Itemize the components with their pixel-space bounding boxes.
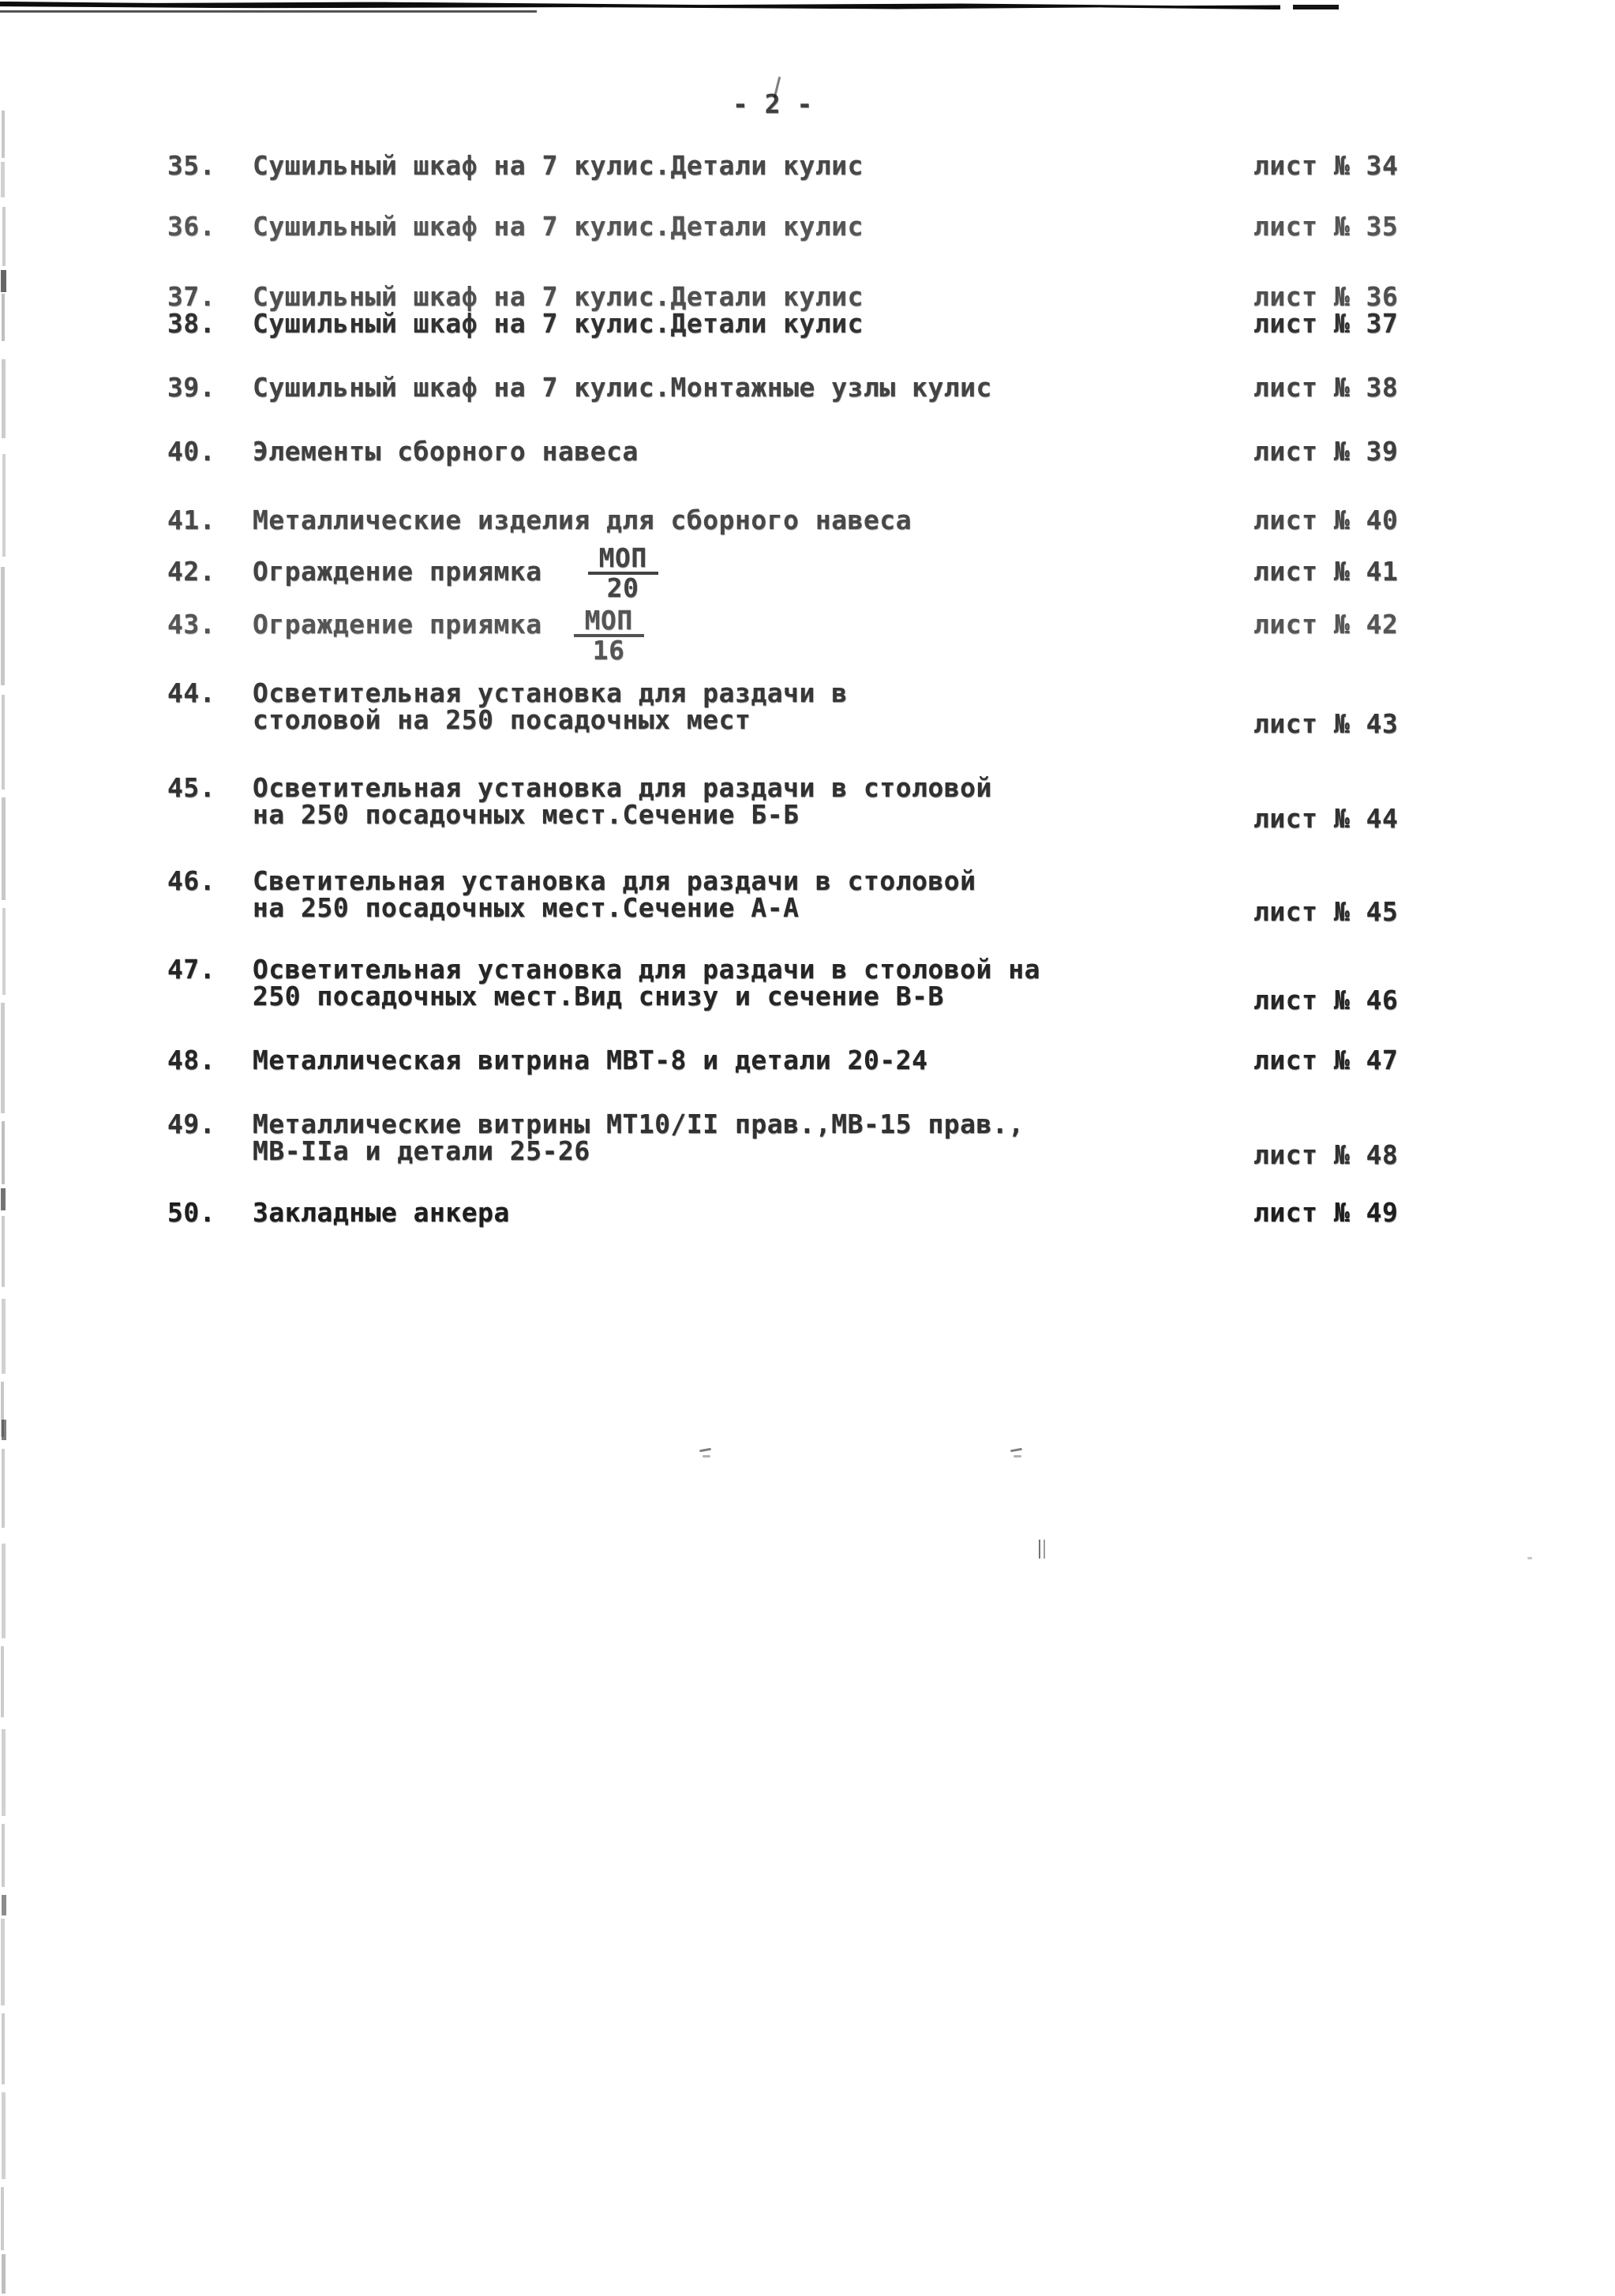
item-number: 48. [167, 1047, 215, 1074]
item-title: Элементы сборного навеса [253, 438, 1160, 465]
item-title-text: Ограждение приямка [253, 609, 542, 640]
item-title: Сушильный шкаф на 7 кулис.Детали кулис [253, 213, 1160, 240]
page-number: - 2 - [733, 88, 813, 119]
scan-speck [703, 1455, 710, 1458]
sheet-ref: лист № 45 [1253, 899, 1398, 925]
scan-artifact-edge-mark [2, 454, 6, 557]
item-title: Осветительная установка для раздачи в ст… [253, 775, 1160, 828]
scan-artifact-top-dash [1293, 5, 1339, 9]
item-title-line: на 250 посадочных мест.Сечение А-А [253, 895, 1160, 921]
sheet-ref: лист № 38 [1253, 374, 1398, 401]
item-title-line: Закладные анкера [253, 1199, 1160, 1226]
scan-speck [1527, 1557, 1532, 1559]
fraction-denominator: 20 [588, 575, 658, 601]
item-title-line: Металлическая витрина МВТ-8 и детали 20-… [253, 1047, 1160, 1074]
sheet-ref: лист № 44 [1253, 805, 1398, 832]
scan-artifact-edge-mark [2, 1299, 6, 1374]
item-number: 47. [167, 956, 215, 983]
item-title-line: Сушильный шкаф на 7 кулис.Монтажные узлы… [253, 374, 1160, 401]
sheet-ref: лист № 39 [1253, 438, 1398, 465]
fraction-numerator: МОП [574, 608, 644, 637]
scan-artifact-edge-mark [2, 1216, 5, 1287]
scan-artifact-top-line [0, 2, 1280, 9]
item-number: 39. [167, 374, 215, 401]
item-title: Сушильный шкаф на 7 кулис.Детали кулис [253, 283, 1160, 310]
sheet-ref: лист № 40 [1253, 507, 1398, 534]
sheet-ref: лист № 48 [1253, 1142, 1398, 1169]
scan-artifact-edge-mark [1, 1919, 5, 2005]
scan-artifact-edge-mark [2, 797, 6, 900]
scan-speck [1010, 1448, 1022, 1453]
scan-artifact-edge-mark [2, 1449, 5, 1528]
scan-artifact-edge-mark [2, 1895, 6, 1915]
item-title-line: 250 посадочных мест.Вид снизу и сечение … [253, 983, 1160, 1010]
scan-speck [1039, 1540, 1040, 1559]
item-title: Металлические витрины МТ10/II прав.,МВ-1… [253, 1111, 1160, 1165]
item-title: Светительная установка для раздачи в сто… [253, 868, 1160, 921]
item-title-line: Осветительная установка для раздачи в ст… [253, 775, 1160, 801]
sheet-ref: лист № 49 [1253, 1199, 1398, 1226]
scan-artifact-top-line-2 [0, 10, 537, 13]
sheet-ref: лист № 43 [1253, 711, 1398, 737]
scan-artifact-edge-mark [2, 294, 5, 341]
item-number: 38. [167, 310, 215, 337]
item-title-line: МВ-IIа и детали 25-26 [253, 1138, 1160, 1165]
fraction: МОП16 [574, 608, 644, 663]
item-title: Ограждение приямкаМОП16 [253, 611, 1160, 638]
item-title-line: Сушильный шкаф на 7 кулис.Детали кулис [253, 213, 1160, 240]
sheet-ref: лист № 37 [1253, 310, 1398, 337]
item-title-line: Ограждение приямкаМОП16 [253, 611, 1160, 638]
item-number: 35. [167, 152, 215, 179]
item-number: 41. [167, 507, 215, 534]
scan-artifact-edge-mark [2, 2092, 6, 2179]
scan-artifact-edge-mark [1, 567, 5, 685]
item-number: 44. [167, 680, 215, 707]
item-number: 46. [167, 868, 215, 895]
scan-artifact-edge-mark [2, 908, 6, 995]
scan-artifact-edge-mark [1, 2187, 4, 2250]
item-title-line: Металлические витрины МТ10/II прав.,МВ-1… [253, 1111, 1160, 1138]
item-number: 45. [167, 775, 215, 801]
item-title: Сушильный шкаф на 7 кулис.Детали кулис [253, 152, 1160, 179]
item-title: Сушильный шкаф на 7 кулис.Монтажные узлы… [253, 374, 1160, 401]
scan-artifact-edge-mark [2, 1420, 6, 1440]
sheet-ref: лист № 41 [1253, 558, 1398, 585]
item-number: 40. [167, 438, 215, 465]
item-title-line: столовой на 250 посадочных мест [253, 707, 1160, 733]
item-title-line: Осветительная установка для раздачи в ст… [253, 956, 1160, 983]
item-title-line: Сушильный шкаф на 7 кулис.Детали кулис [253, 310, 1160, 337]
item-title-line: Сушильный шкаф на 7 кулис.Детали кулис [253, 152, 1160, 179]
scan-artifact-edge-mark [2, 1824, 5, 1887]
scan-speck [1014, 1455, 1021, 1458]
item-title: Металлические изделия для сборного навес… [253, 507, 1160, 534]
fraction-numerator: МОП [588, 546, 658, 575]
scan-artifact-edge-mark [2, 1121, 5, 1184]
item-title-line: Светительная установка для раздачи в сто… [253, 868, 1160, 895]
scan-artifact-edge-mark [1, 1003, 5, 1113]
item-title-line: на 250 посадочных мест.Сечение Б-Б [253, 801, 1160, 828]
scan-artifact-edge-mark [2, 207, 6, 266]
scan-artifact-edge-mark [1, 270, 6, 292]
scan-artifact-edge-mark [2, 1729, 6, 1816]
scan-artifact-edge-mark [2, 2013, 5, 2084]
item-title: Осветительная установка для раздачи в ст… [253, 680, 1160, 733]
scan-speck [1044, 1540, 1045, 1559]
scan-artifact-edge-mark [2, 2254, 6, 2294]
sheet-ref: лист № 42 [1253, 611, 1398, 638]
item-number: 43. [167, 611, 215, 638]
item-title-line: Сушильный шкаф на 7 кулис.Детали кулис [253, 283, 1160, 310]
fraction: МОП20 [588, 546, 658, 601]
item-title: Ограждение приямкаМОП20 [253, 558, 1160, 585]
scan-speck [699, 1448, 711, 1453]
item-title-line: Металлические изделия для сборного навес… [253, 507, 1160, 534]
item-title: Металлическая витрина МВТ-8 и детали 20-… [253, 1047, 1160, 1074]
scan-artifact-edge-mark [1, 162, 5, 197]
scan-artifact-edge-mark [2, 695, 5, 790]
item-title-line: Ограждение приямкаМОП20 [253, 558, 1160, 585]
scan-artifact-edge-mark [2, 111, 5, 158]
item-number: 36. [167, 213, 215, 240]
item-title: Сушильный шкаф на 7 кулис.Детали кулис [253, 310, 1160, 337]
sheet-ref: лист № 46 [1253, 987, 1398, 1014]
sheet-ref: лист № 34 [1253, 152, 1398, 179]
scanned-document-page: - 2 - 35. Сушильный шкаф на 7 кулис.Дета… [0, 0, 1615, 2296]
sheet-ref: лист № 47 [1253, 1047, 1398, 1074]
scan-artifact-edge-mark [1, 1646, 4, 1717]
sheet-ref: лист № 36 [1253, 283, 1398, 310]
fraction-denominator: 16 [574, 637, 644, 663]
item-title-line: Элементы сборного навеса [253, 438, 1160, 465]
scan-artifact-edge-mark [2, 359, 6, 438]
item-number: 37. [167, 283, 215, 310]
item-number: 42. [167, 558, 215, 585]
item-number: 49. [167, 1111, 215, 1138]
item-title-text: Ограждение приямка [253, 556, 542, 587]
sheet-ref: лист № 35 [1253, 213, 1398, 240]
item-title: Закладные анкера [253, 1199, 1160, 1226]
scan-artifact-edge-mark [1, 1188, 6, 1210]
item-title: Осветительная установка для раздачи в ст… [253, 956, 1160, 1010]
scan-artifact-edge-mark [2, 1544, 6, 1638]
item-title-line: Осветительная установка для раздачи в [253, 680, 1160, 707]
item-number: 50. [167, 1199, 215, 1226]
